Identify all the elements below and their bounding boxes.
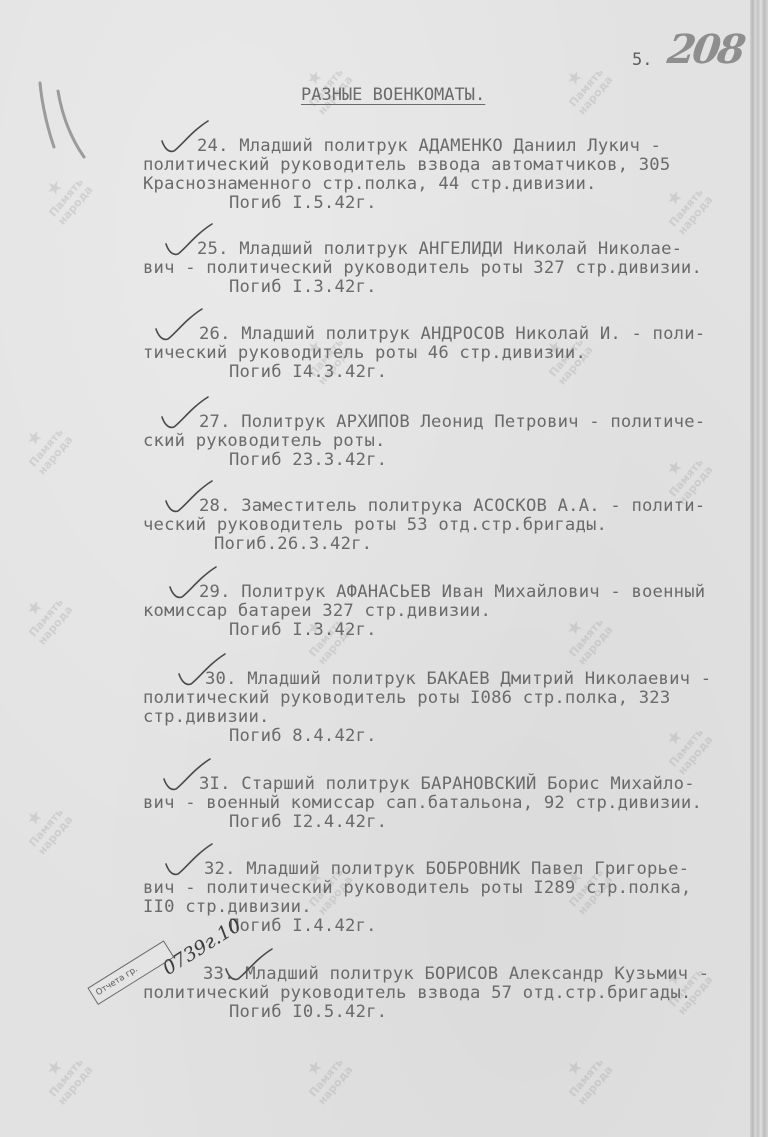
entry-text-line: вич - политический руководитель роты I28… xyxy=(143,879,691,898)
checkmark-icon xyxy=(160,755,220,795)
entry-heading-line: 25. Младший политрук АНГЕЛИДИ Николай Ни… xyxy=(197,240,682,259)
entry-heading-line: 32. Младший политрук БОБРОВНИК Павел Гри… xyxy=(204,860,689,879)
entry-death-date: Погиб I.4.42г. xyxy=(229,917,377,936)
watermark: ★Память народа xyxy=(546,1036,645,1135)
checkmark-icon xyxy=(162,220,222,260)
entry-text-line: тический руководитель роты 46 стр.дивизи… xyxy=(143,344,586,363)
entry-death-date: Погиб 8.4.42г. xyxy=(229,727,377,746)
entry-death-date: Погиб I.5.42г. xyxy=(229,194,377,213)
entry-text-line: вич - политический руководитель роты 327… xyxy=(143,259,702,278)
watermark: ★Память народа xyxy=(286,1036,385,1135)
entry-text-line: ский руководитель роты. xyxy=(143,432,386,451)
document-page: ★Память народа★Память народа★Память наро… xyxy=(0,0,750,1137)
entry-text-line: ческий руководитель роты 53 отд.стр.бриг… xyxy=(143,516,607,535)
entry-text-line: Краснознаменного стр.полка, 44 стр.дивиз… xyxy=(143,175,597,194)
entry-heading-line: 28. Заместитель политрука АСОСКОВ А.А. -… xyxy=(199,497,705,516)
entry-text-line: стр.дивизии. xyxy=(143,708,270,727)
watermark: ★Память народа xyxy=(6,576,105,675)
checkmark-icon xyxy=(158,393,218,433)
entry-text-line: II0 стр.дивизии. xyxy=(143,898,312,917)
entry-death-date: Погиб I.3.42г. xyxy=(229,621,377,640)
page-number-typed: 5. xyxy=(632,50,652,70)
checkmark-icon xyxy=(222,945,282,985)
checkmark-icon xyxy=(175,650,235,690)
entry-text-line: комиссар батареи 327 стр.дивизии. xyxy=(143,602,491,621)
binding-edge xyxy=(750,0,768,1137)
stamp-printed-text: Отчета гр. xyxy=(94,965,139,999)
watermark: ★Память народа xyxy=(6,786,105,885)
pencil-mark-icon xyxy=(36,75,96,165)
watermark: ★Память народа xyxy=(546,46,645,145)
entry-death-date: Погиб I0.5.42г. xyxy=(229,1003,387,1022)
entry-death-date: Погиб 23.3.42г. xyxy=(229,451,387,470)
checkmark-icon xyxy=(166,563,226,603)
checkmark-icon xyxy=(162,840,222,880)
entry-heading-line: 30. Младший политрук БАКАЕВ Дмитрий Нико… xyxy=(205,670,711,689)
watermark: ★Память народа xyxy=(26,1036,125,1135)
page-title: РАЗНЫЕ ВОЕНКОМАТЫ. xyxy=(301,85,485,105)
entry-death-date: Погиб I2.4.42г. xyxy=(229,813,387,832)
entry-text-line: вич - военный комиссар сап.батальона, 92… xyxy=(143,794,702,813)
entry-text-line: политический руководитель роты I086 стр.… xyxy=(143,689,670,708)
page-number-handwritten: 208 xyxy=(665,26,746,73)
entry-text-line: политический руководитель взвода 57 отд.… xyxy=(143,984,691,1003)
watermark: ★Память народа xyxy=(646,436,745,535)
entry-heading-line: 27. Политрук АРХИПОВ Леонид Петрович - п… xyxy=(199,413,705,432)
entry-heading-line: 26. Младший политрук АНДРОСОВ Николай И.… xyxy=(199,325,705,344)
entry-heading-line: 29. Политрук АФАНАСЬЕВ Иван Михайлович -… xyxy=(199,583,705,602)
watermark: ★Память народа xyxy=(6,406,105,505)
entry-text-line: политический руководитель взвода автомат… xyxy=(143,156,670,175)
entry-heading-line: 24. Младший политрук АДАМЕНКО Даниил Лук… xyxy=(197,137,661,156)
entry-heading-line: 3I. Старший политрук БАРАНОВСКИЙ Борис М… xyxy=(199,775,695,794)
watermark: ★Память народа xyxy=(26,156,125,255)
entry-death-date: Погиб I.3.42г. xyxy=(229,278,377,297)
checkmark-icon xyxy=(162,477,222,517)
entry-death-date: Погиб I4.3.42г. xyxy=(229,363,387,382)
checkmark-icon xyxy=(152,305,212,345)
entry-death-date: Погиб.26.3.42г. xyxy=(214,535,372,554)
checkmark-icon xyxy=(158,117,218,157)
